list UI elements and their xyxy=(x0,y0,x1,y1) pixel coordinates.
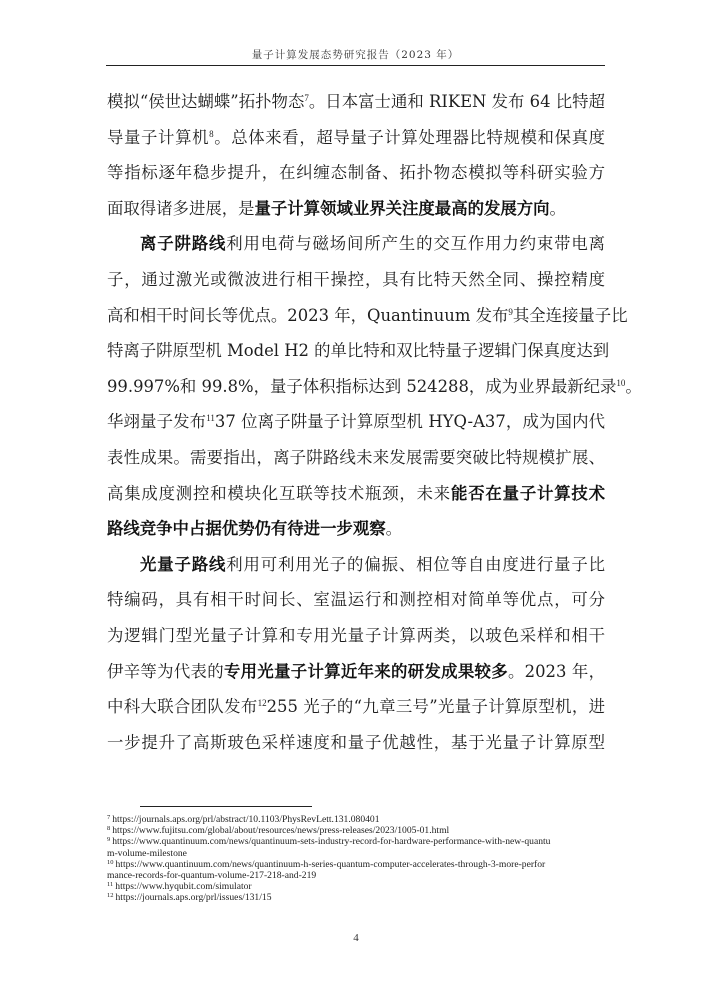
footnote-link[interactable]: https://www.hyqubit.com/simulator xyxy=(115,881,251,892)
body-line: 为逻辑门型光量子计算和专用光量子计算两类，以玻色采样和相干 xyxy=(107,618,605,654)
text-run: 。2023 年， xyxy=(508,662,605,681)
body-line: 面取得诸多进展，是量子计算领域业界关注度最高的发展方向。 xyxy=(107,191,605,227)
text-run: 利用电荷与磁场间所产生的交互作用力约束带电离 xyxy=(226,234,605,253)
emphasis-text: 量子计算领域业界关注度最高的发展方向 xyxy=(255,199,550,218)
text-run: 华翊量子发布 xyxy=(107,412,206,431)
text-run: 高和相干时间长等优点。2023 年，Quantinuum 发布 xyxy=(107,306,508,325)
body-line: 路线竞争中占据优势仍有待进一步观察。 xyxy=(107,511,605,547)
footnote-link[interactable]: https://journals.aps.org/prl/issues/131/… xyxy=(116,892,272,903)
body-line: 特编码，具有相干时间长、室温运行和测控相对简单等优点，可分 xyxy=(107,582,605,618)
footnote-link[interactable]: https://www.fujitsu.com/global/about/res… xyxy=(112,825,449,836)
footnote-number: 8 xyxy=(107,825,110,832)
document-page: 量子计算发展态势研究报告（2023 年） 模拟“侯世达蝴蝶”拓扑物态7。日本富士… xyxy=(0,0,710,1004)
text-run: 一步提升了高斯玻色采样速度和量子优越性，基于光量子计算原型 xyxy=(107,733,605,752)
body-line: 华翊量子发布1137 位离子阱量子计算原型机 HYQ-A37，成为国内代 xyxy=(107,404,605,440)
text-run: 。总体来看，超导量子计算处理器比特规模和保真度 xyxy=(214,128,605,147)
text-run: 99.997%和 99.8%，量子体积指标达到 524288，成为业界最新纪录 xyxy=(107,377,616,396)
emphasis-text: 离子阱路线 xyxy=(140,234,226,253)
body-line: 中科大联合团队发布12255 光子的“九章三号”光量子计算原型机，进 xyxy=(107,689,605,725)
text-run: 。 xyxy=(386,519,402,538)
body-text: 模拟“侯世达蝴蝶”拓扑物态7。日本富士通和 RIKEN 发布 64 比特超导量子… xyxy=(107,84,605,760)
footnote-item: 11https://www.hyqubit.com/simulator xyxy=(107,881,607,892)
body-line: 特离子阱原型机 Model H2 的单比特和双比特量子逻辑门保真度达到 xyxy=(107,333,605,369)
text-run: 37 位离子阱量子计算原型机 HYQ-A37，成为国内代 xyxy=(215,412,605,431)
footnote-number: 10 xyxy=(107,859,114,866)
text-run: 。日本富士通和 RIKEN 发布 64 比特超 xyxy=(309,92,605,111)
text-run: 模拟“侯世达蝴蝶”拓扑物态 xyxy=(107,92,304,111)
text-run: 其全连接量子比 xyxy=(513,306,628,325)
footnote-link[interactable]: https://www.quantinuum.com/news/quantinu… xyxy=(112,836,550,847)
body-line: 子，通过激光或微波进行相干操控，具有比特天然全同、操控精度 xyxy=(107,262,605,298)
footnote-number: 7 xyxy=(107,814,110,821)
body-line: 高和相干时间长等优点。2023 年，Quantinuum 发布9其全连接量子比 xyxy=(107,298,605,334)
footnote-number: 12 xyxy=(107,892,114,899)
footnote-item: 7https://journals.aps.org/prl/abstract/1… xyxy=(107,814,607,825)
footnote-item: m-volume-milestone xyxy=(107,848,607,859)
text-run: 。 xyxy=(625,377,641,396)
footnote-item: 8https://www.fujitsu.com/global/about/re… xyxy=(107,825,607,836)
footnote-item: 9https://www.quantinuum.com/news/quantin… xyxy=(107,836,607,847)
body-line: 99.997%和 99.8%，量子体积指标达到 524288，成为业界最新纪录1… xyxy=(107,369,605,405)
footnote-number: 9 xyxy=(107,836,110,843)
text-run: 利用可利用光子的偏振、相位等自由度进行量子比 xyxy=(226,555,605,574)
footnote-link[interactable]: m-volume-milestone xyxy=(107,848,187,859)
body-line: 一步提升了高斯玻色采样速度和量子优越性，基于光量子计算原型 xyxy=(107,725,605,761)
emphasis-text: 路线竞争中占据优势仍有待进一步观察 xyxy=(107,519,386,538)
text-run: 为逻辑门型光量子计算和专用光量子计算两类，以玻色采样和相干 xyxy=(107,626,605,645)
text-run: 。 xyxy=(550,199,566,218)
text-run: 中科大联合团队发布 xyxy=(107,697,258,716)
text-run: 面取得诸多进展，是 xyxy=(107,199,255,218)
footnote-link[interactable]: https://journals.aps.org/prl/abstract/10… xyxy=(112,814,379,825)
header-divider xyxy=(106,65,605,66)
footnote-ref[interactable]: 11 xyxy=(206,413,215,423)
body-line: 高集成度测控和模块化互联等技术瓶颈，未来能否在量子计算技术 xyxy=(107,476,605,512)
body-line: 等指标逐年稳步提升，在纠缠态制备、拓扑物态模拟等科研实验方 xyxy=(107,155,605,191)
text-run: 等指标逐年稳步提升，在纠缠态制备、拓扑物态模拟等科研实验方 xyxy=(107,163,605,182)
text-run: 特离子阱原型机 Model H2 的单比特和双比特量子逻辑门保真度达到 xyxy=(107,341,609,360)
footnotes: 7https://journals.aps.org/prl/abstract/1… xyxy=(107,814,607,904)
text-run: 子，通过激光或微波进行相干操控，具有比特天然全同、操控精度 xyxy=(107,270,605,289)
body-line: 导量子计算机8。总体来看，超导量子计算处理器比特规模和保真度 xyxy=(107,120,605,156)
body-line: 表性成果。需要指出，离子阱路线未来发展需要突破比特规模扩展、 xyxy=(107,440,605,476)
footnote-ref[interactable]: 12 xyxy=(258,698,267,708)
footnote-link[interactable]: https://www.quantinuum.com/news/quantinu… xyxy=(116,859,546,870)
footnote-item: mance-records-for-quantum-volume-217-218… xyxy=(107,870,607,881)
footnote-divider xyxy=(140,806,312,807)
emphasis-text: 能否在量子计算技术 xyxy=(451,484,605,503)
text-run: 255 光子的“九章三号”光量子计算原型机，进 xyxy=(267,697,605,716)
body-line: 模拟“侯世达蝴蝶”拓扑物态7。日本富士通和 RIKEN 发布 64 比特超 xyxy=(107,84,605,120)
emphasis-text: 光量子路线 xyxy=(140,555,226,574)
text-run: 表性成果。需要指出，离子阱路线未来发展需要突破比特规模扩展、 xyxy=(107,448,605,467)
text-run: 高集成度测控和模块化互联等技术瓶颈，未来 xyxy=(107,484,451,503)
body-line: 离子阱路线利用电荷与磁场间所产生的交互作用力约束带电离 xyxy=(107,226,605,262)
footnote-item: 12https://journals.aps.org/prl/issues/13… xyxy=(107,892,607,903)
body-line: 光量子路线利用可利用光子的偏振、相位等自由度进行量子比 xyxy=(107,547,605,583)
footnote-link[interactable]: mance-records-for-quantum-volume-217-218… xyxy=(107,870,316,881)
footnote-item: 10https://www.quantinuum.com/news/quanti… xyxy=(107,859,607,870)
footnote-number: 11 xyxy=(107,881,113,888)
page-number: 4 xyxy=(349,932,363,944)
emphasis-text: 专用光量子计算近年来的研发成果较多 xyxy=(224,662,508,681)
running-header: 量子计算发展态势研究报告（2023 年） xyxy=(106,47,605,62)
text-run: 导量子计算机 xyxy=(107,128,209,147)
text-run: 特编码，具有相干时间长、室温运行和测控相对简单等优点，可分 xyxy=(107,590,605,609)
body-line: 伊辛等为代表的专用光量子计算近年来的研发成果较多。2023 年， xyxy=(107,654,605,690)
text-run: 伊辛等为代表的 xyxy=(107,662,224,681)
